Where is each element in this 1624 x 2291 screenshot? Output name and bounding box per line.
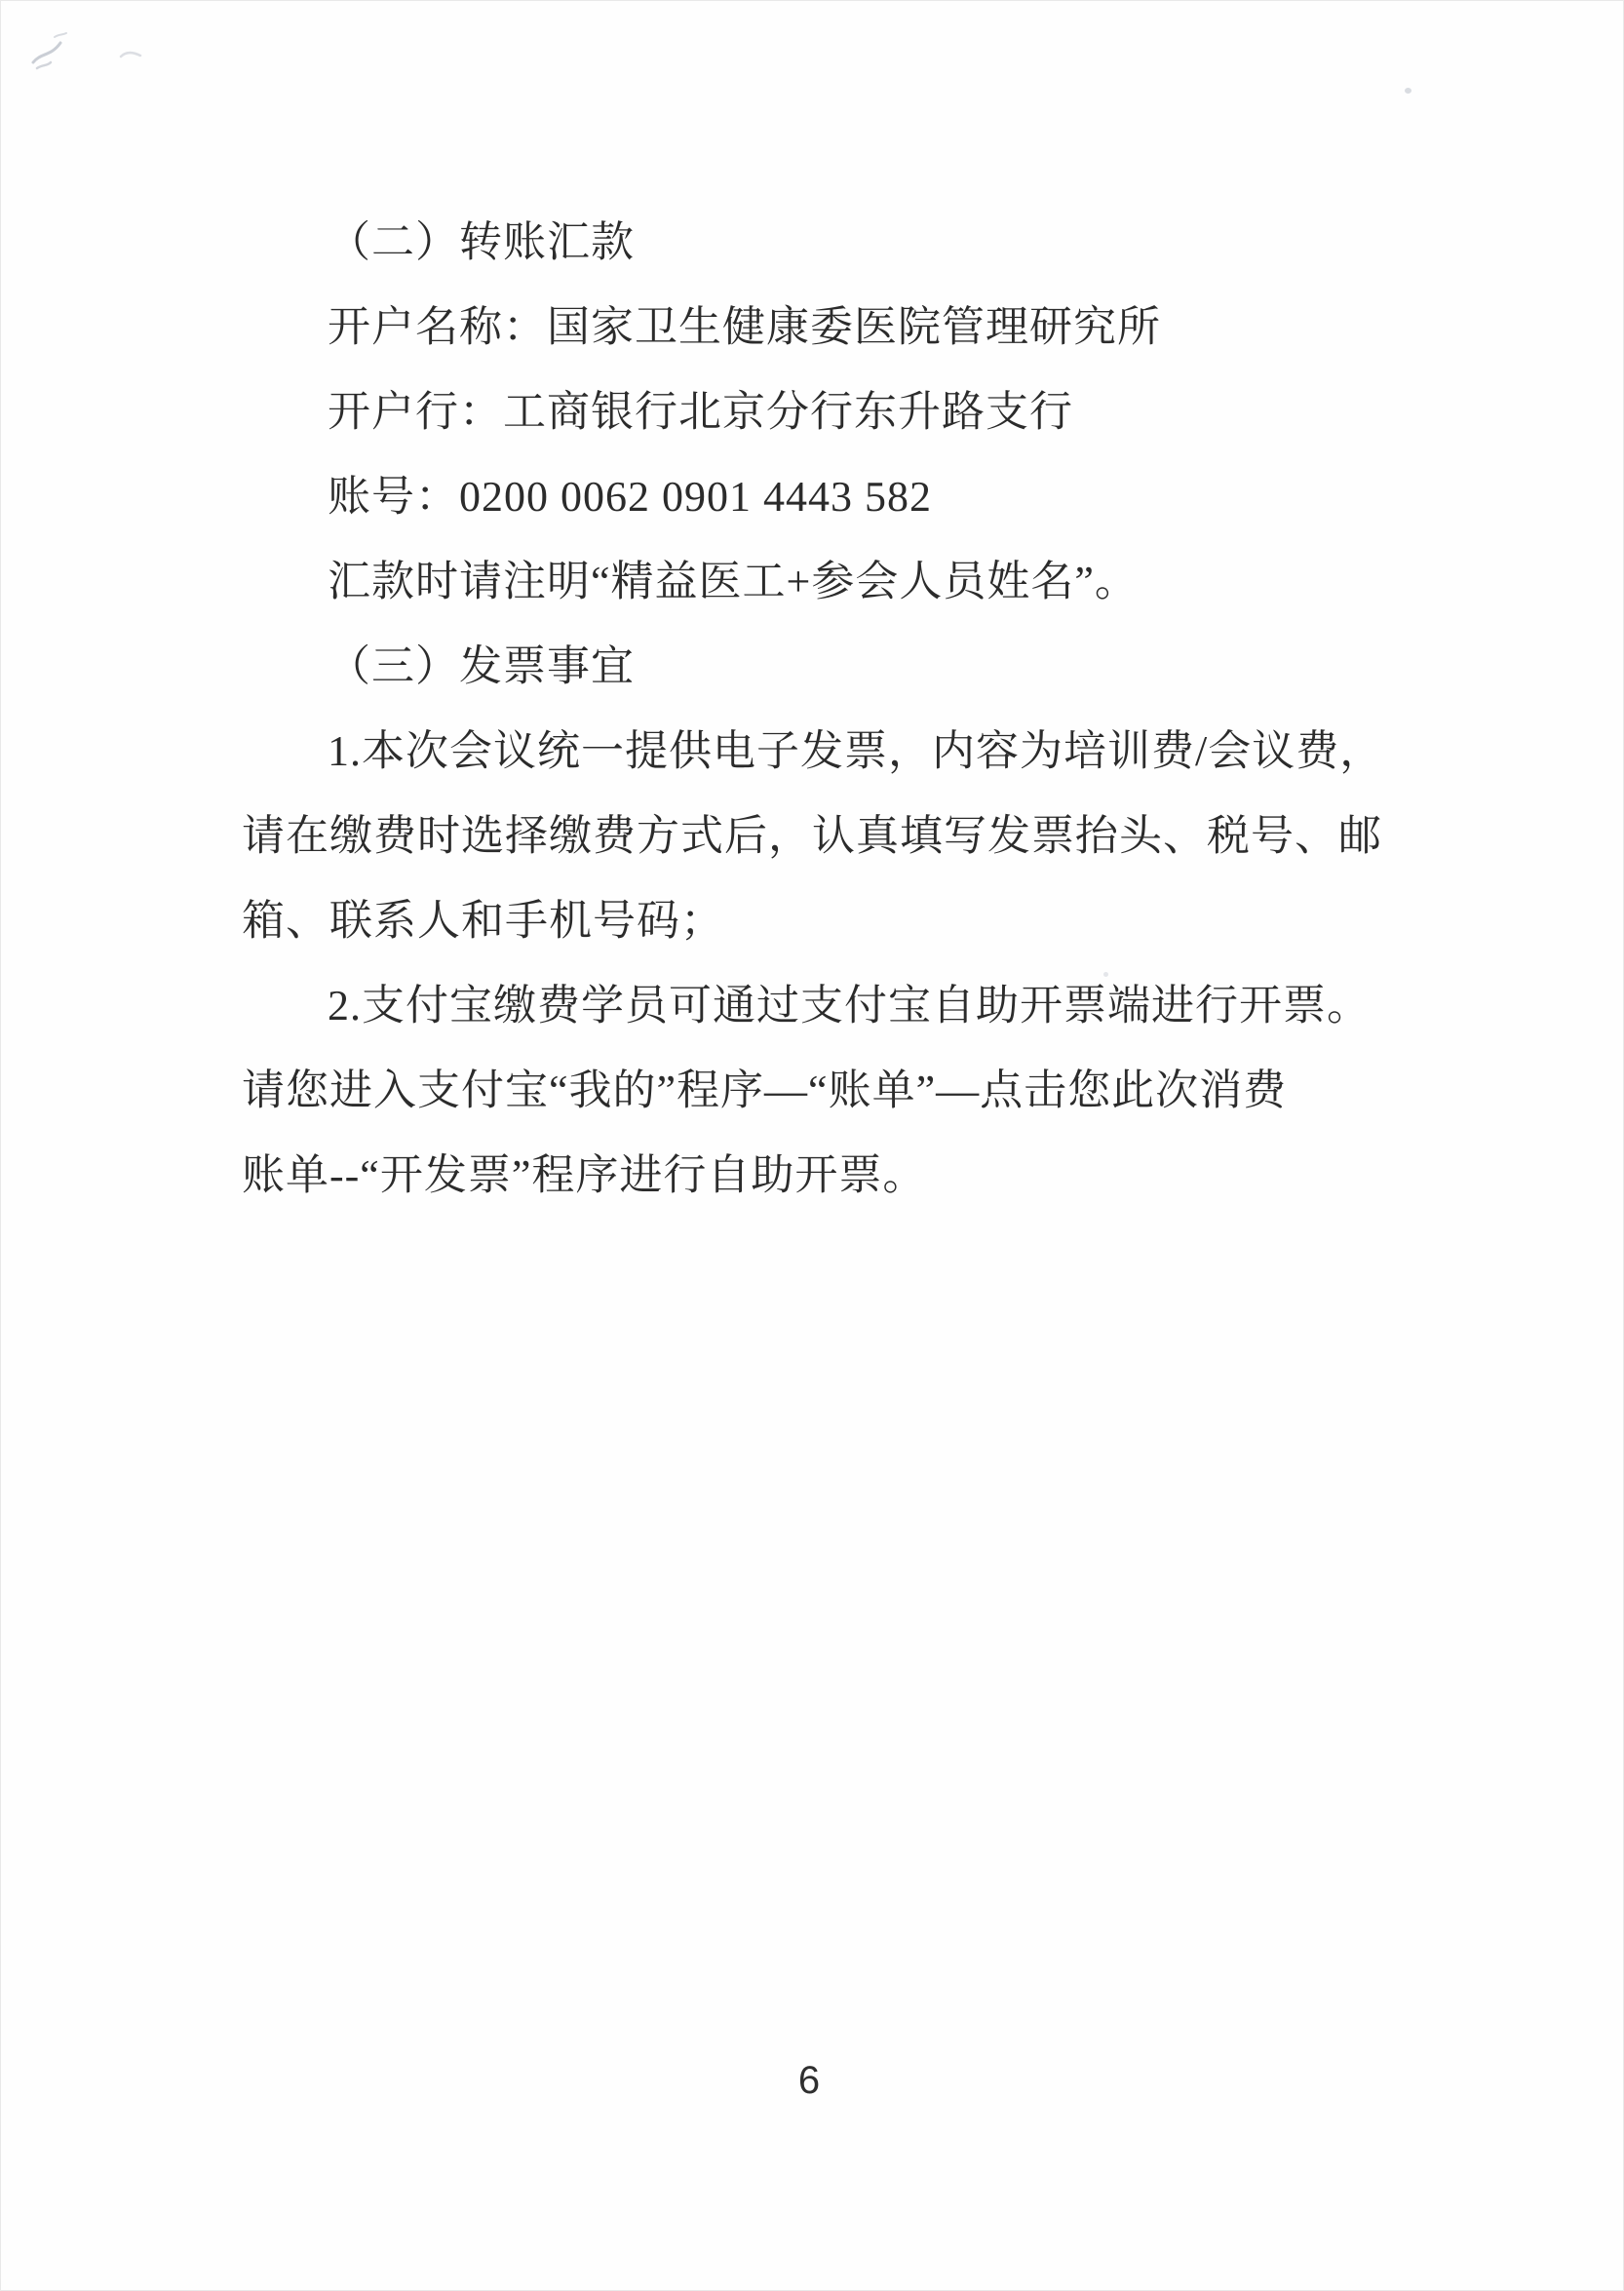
text-line: 1.本次会议统一提供电子发票，内容为培训费/会议费，: [242, 709, 1411, 794]
scan-speck: [1405, 88, 1411, 94]
text-line: 开户行：工商银行北京分行东升路支行: [242, 369, 1411, 454]
text-line: 箱、联系人和手机号码；: [242, 878, 1411, 963]
document-body: （二）转账汇款开户名称：国家卫生健康委医院管理研究所开户行：工商银行北京分行东升…: [242, 200, 1411, 1218]
page-number: 6: [751, 2059, 868, 2103]
document-page: （二）转账汇款开户名称：国家卫生健康委医院管理研究所开户行：工商银行北京分行东升…: [0, 0, 1624, 2291]
text-line: 账号：0200 0062 0901 4443 582: [242, 454, 1411, 539]
text-line: 请您进入支付宝“我的”程序—“账单”—点击您此次消费: [242, 1048, 1411, 1133]
text-line: （三）发票事宜: [242, 624, 1411, 709]
text-line: 请在缴费时选择缴费方式后，认真填写发票抬头、税号、邮: [242, 794, 1411, 878]
text-line: （二）转账汇款: [242, 200, 1411, 285]
scan-smudge-icon: [27, 27, 78, 74]
text-line: 汇款时请注明“精益医工+参会人员姓名”。: [242, 539, 1411, 624]
scan-smudge-icon: [117, 45, 144, 64]
text-line: 开户名称：国家卫生健康委医院管理研究所: [242, 285, 1411, 369]
text-line: 账单--“开发票”程序进行自助开票。: [242, 1133, 1411, 1218]
text-line: 2.支付宝缴费学员可通过支付宝自助开票端进行开票。: [242, 963, 1411, 1048]
